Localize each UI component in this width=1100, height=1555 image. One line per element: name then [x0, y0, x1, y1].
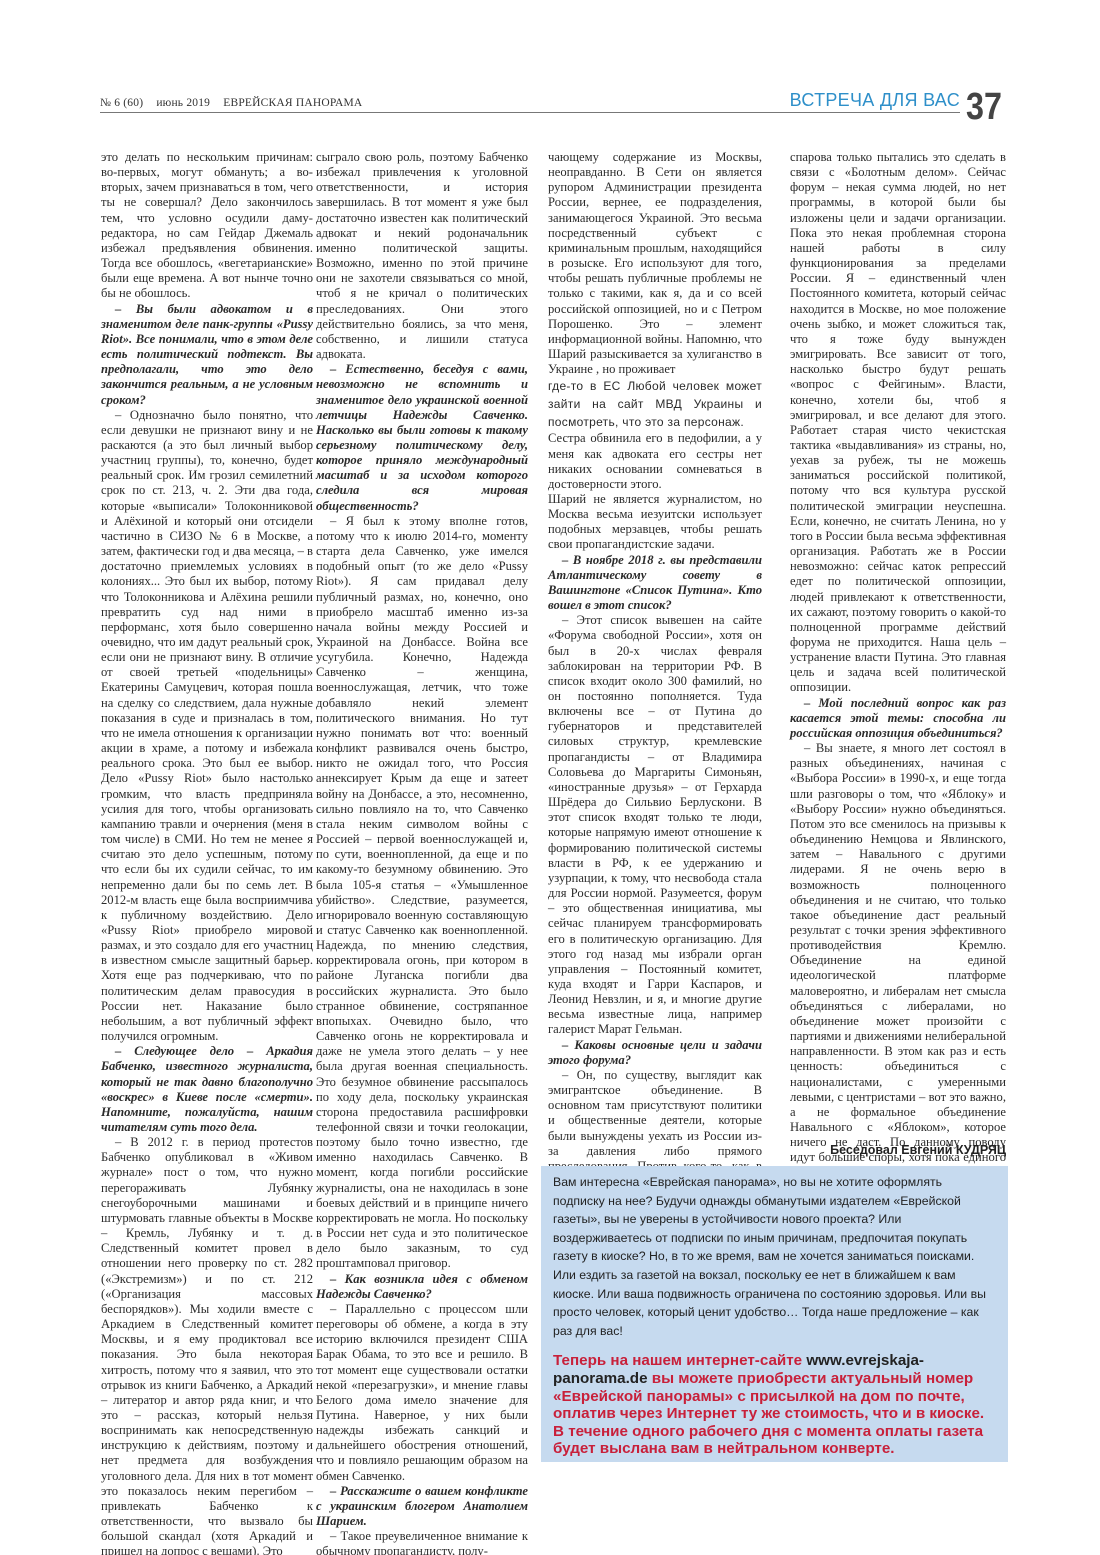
article-paragraph: – В 2012 г. в период протестов Бабченко …	[101, 1135, 313, 1555]
section-title: ВСТРЕЧА ДЛЯ ВАС	[790, 90, 960, 111]
article-paragraph: – Я был к этому вполне готов, потому что…	[316, 514, 528, 1272]
article-paragraph: чающему содержание из Москвы, неоправдан…	[548, 150, 762, 377]
article-paragraph: – Параллельно с процессом шли переговоры…	[316, 1302, 528, 1484]
article-column-1: это делать по нескольким причинам: во-пе…	[101, 150, 313, 1555]
issue-info: № 6 (60) июнь 2019 ЕВРЕЙСКАЯ ПАНОРАМА	[100, 97, 372, 109]
article-paragraph: где-то в ЕС Любой человек может зайти на…	[548, 377, 762, 431]
subscription-promo-box: Вам интересна «Еврейская панорама», но в…	[541, 1166, 1008, 1462]
interview-question: – Каковы основные цели и задачи этого фо…	[548, 1038, 762, 1068]
page-header: № 6 (60) июнь 2019 ЕВРЕЙСКАЯ ПАНОРАМА ВС…	[100, 92, 960, 113]
article-column-3: чающему содержание из Москвы, неоправдан…	[548, 150, 762, 1204]
article-paragraph: – Этот список вывешен на сайте «Форума с…	[548, 613, 762, 1037]
interview-question: – Как возникла идея с обменом Надежды Са…	[316, 1272, 528, 1302]
article-paragraph: Сестра обвинила его в педофилии, а у мен…	[548, 431, 762, 492]
article-paragraph: сыграло свою роль, поэтому Бабченко избе…	[316, 150, 528, 362]
article-paragraph: – Такое преувеличенное внимание к обычно…	[316, 1529, 528, 1555]
interview-question: – Естественно, беседуя с вами, невозможн…	[316, 362, 528, 514]
interview-question: – Следующее дело – Аркадия Бабченко, изв…	[101, 1044, 313, 1135]
interview-question: – Расскажите о вашем конфликте с украинс…	[316, 1484, 528, 1529]
promo-intro-text: Вам интересна «Еврейская панорама», но в…	[553, 1173, 996, 1340]
interview-question: – Мой последний вопрос как раз касается …	[790, 696, 1006, 741]
issue-date: июнь 2019	[156, 97, 210, 109]
offer-text-start: Теперь на нашем интернет-сайте	[553, 1352, 806, 1369]
author-signature: Беседовал Евгений КУДРЯЦ	[790, 1143, 1006, 1157]
publication-name: ЕВРЕЙСКАЯ ПАНОРАМА	[223, 97, 362, 109]
page-number: 37	[966, 88, 1002, 126]
article-column-2: сыграло свою роль, поэтому Бабченко избе…	[316, 150, 528, 1555]
article-paragraph: спарова только пытались это сделать в св…	[790, 150, 1006, 696]
article-paragraph: – Однозначно было понятно, что если деву…	[101, 408, 313, 1045]
article-column-4: спарова только пытались это сделать в св…	[790, 150, 1006, 1181]
article-paragraph: Шарий не является журналистом, но Москва…	[548, 492, 762, 553]
article-paragraph: это делать по нескольким причинам: во-пе…	[101, 150, 313, 302]
issue-number: № 6 (60)	[100, 97, 143, 109]
interview-question: – В ноябре 2018 г. вы представили Атлант…	[548, 553, 762, 614]
interview-question: – Вы были адвокатом и в знаменитом деле …	[101, 302, 313, 408]
article-paragraph: – Вы знаете, я много лет состоял в разны…	[790, 741, 1006, 1181]
promo-offer-text: Теперь на нашем интернет-сайте www.evrej…	[553, 1352, 996, 1458]
